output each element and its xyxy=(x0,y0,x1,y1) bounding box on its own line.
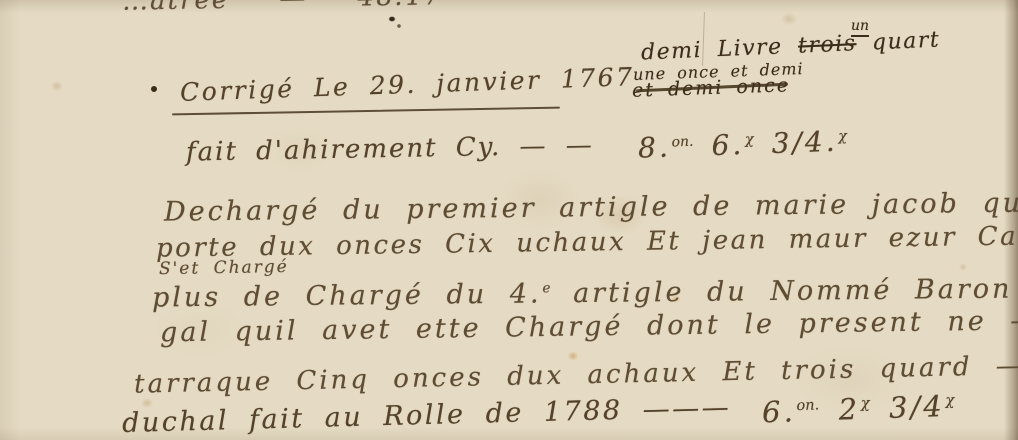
amount2-qty-gros: 2 xyxy=(838,392,861,427)
total-amount: 6.on. 2χ 3/4χ xyxy=(761,389,955,430)
manuscript-page: …atrée — 48:17 un demi Livre trois quart… xyxy=(0,0,1018,440)
body-line-3-post: artigle du Nommé Baron xyxy=(550,273,1012,309)
deliverance-amount: 8.on. 6.χ 3/4.χ xyxy=(637,124,847,164)
amount1-qty-frac: 3/4. xyxy=(771,125,838,160)
corrige-underline xyxy=(172,107,560,116)
amount1-qty-gros: 6. xyxy=(711,128,745,162)
deliverance-label: fait d'ahirement Cy. — — xyxy=(186,130,594,167)
amount2-qty-onces: 6. xyxy=(761,394,796,429)
body-line-3-pre: plus de Chargé du 4. xyxy=(152,278,542,313)
body-line-6: duchal fait au Rolle de 1788 ——— xyxy=(122,392,732,439)
amount1-unit-frac: χ xyxy=(838,128,847,144)
amount2-qty-frac: 3/4 xyxy=(888,389,945,425)
body-line-3-ordinal: e xyxy=(542,280,550,296)
amount2-unit-frac: χ xyxy=(945,393,954,409)
amount2-unit-gros: χ xyxy=(861,396,870,412)
amount1-qty-onces: 8. xyxy=(637,131,671,165)
amount1-unit-gros: χ xyxy=(745,131,754,147)
body-line-1: Dechargé du premier artigle de marie jac… xyxy=(164,187,1018,227)
amount1-unit-onces: on. xyxy=(671,133,693,150)
interline-insertion: S'et Chargé xyxy=(159,257,289,279)
margin-note-line1-struck: trois xyxy=(798,31,857,59)
bullet-dot xyxy=(151,86,157,92)
top-cut-line: …atrée — 48:17 xyxy=(122,0,443,17)
corrige-line: Corrigé Le 29. janvier 1767 xyxy=(180,62,635,107)
amount2-unit-onces: on. xyxy=(796,398,819,415)
margin-note-line1-post: quart xyxy=(856,27,941,56)
